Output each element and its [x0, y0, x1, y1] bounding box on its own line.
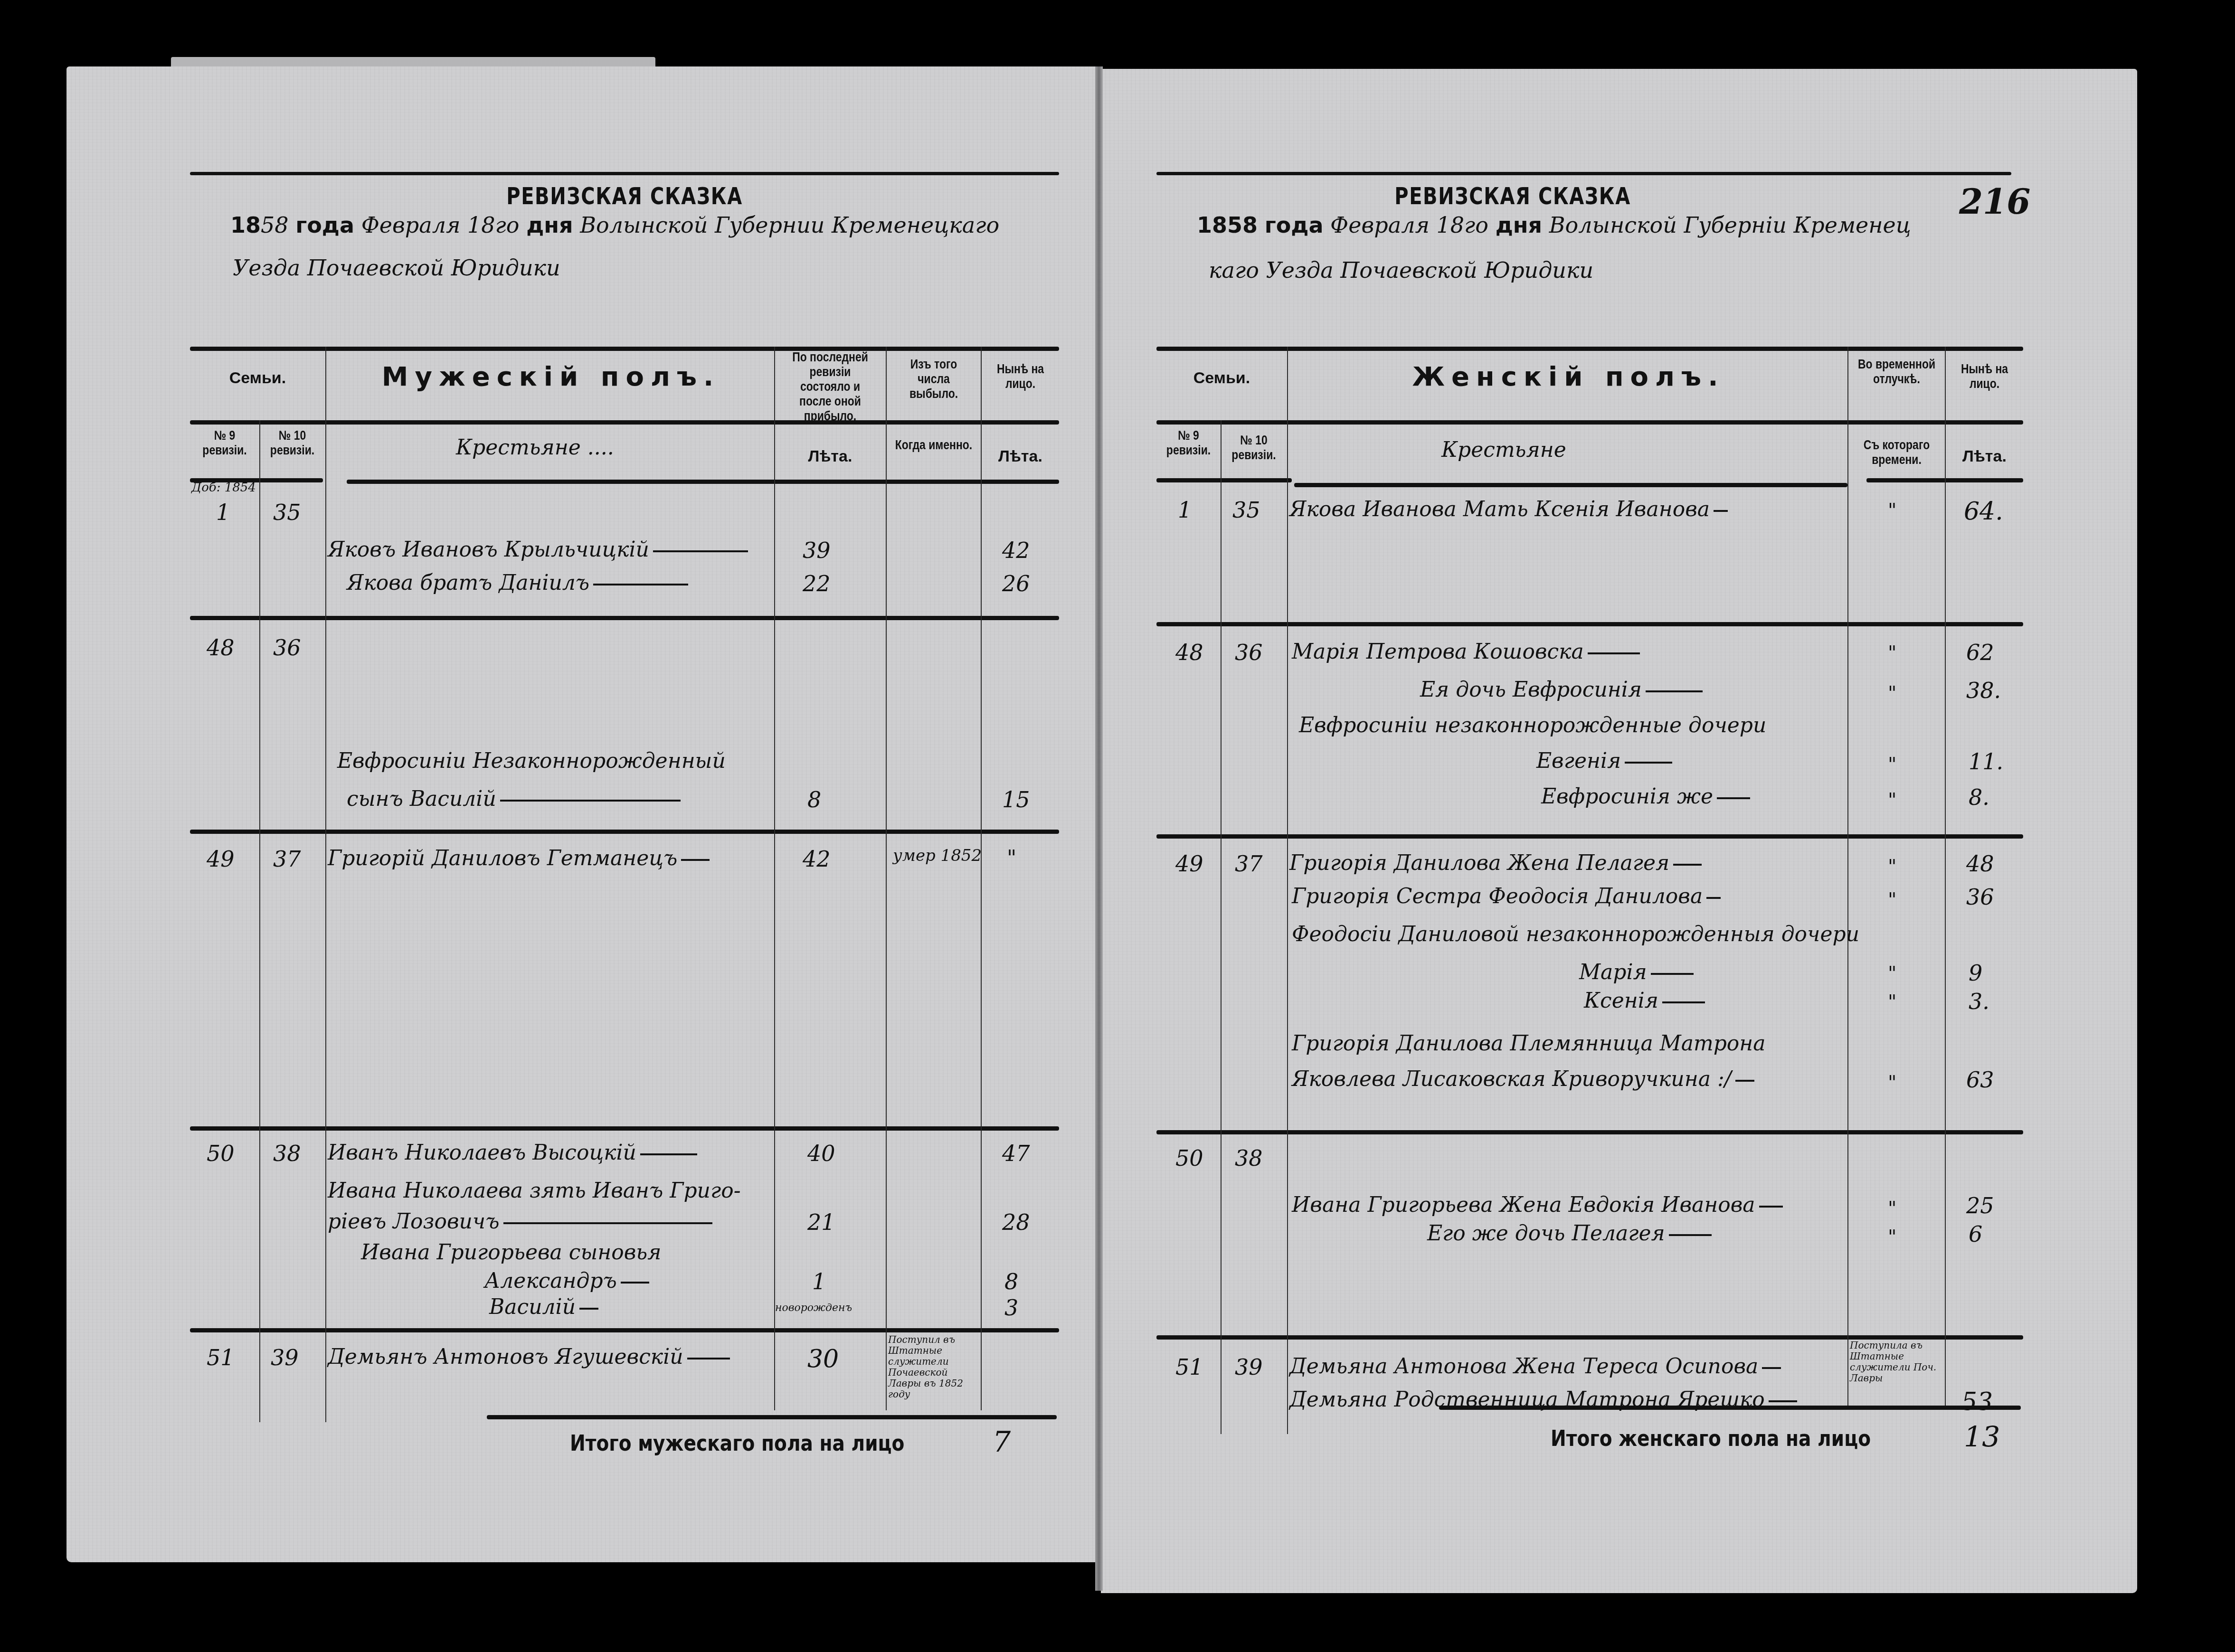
person-row: Григорія Данилова Племянница Матрона [1292, 1031, 1766, 1056]
person-row: Демьянъ Антоновъ Ягушевскій [328, 1345, 730, 1369]
ditto-mark: " [1888, 500, 1896, 521]
header-line-1: 1858 года Февраля 18го дня Волынской Губ… [230, 212, 999, 238]
age: 42 [1002, 538, 1030, 563]
family-no10: 37 [1235, 851, 1263, 877]
family-no9: 51 [1175, 1354, 1203, 1380]
age: 39 [803, 538, 831, 563]
col-departed: Изъ того числа выбыло. [894, 357, 974, 401]
person-row: Евфросиніи Незаконнорожденный [337, 749, 726, 773]
age: 21 [807, 1209, 835, 1235]
rule [1156, 478, 1292, 482]
col-divider [259, 420, 260, 1422]
col-last-rev-sub: Лѣта. [775, 447, 885, 466]
total-label: Итого мужескаго пола на лицо [570, 1430, 904, 1456]
age: 8. [1969, 784, 1989, 810]
header-line-1: 1858 года Февраля 18го дня Волынской Губ… [1197, 212, 1911, 238]
person-row: Евгенія [1536, 749, 1672, 773]
person-row: Григорія Данилова Жена Пелагея [1289, 851, 1702, 875]
col-divider [1945, 347, 1946, 1406]
family-no10: 39 [1235, 1354, 1263, 1380]
person-row: Марія Петрова Кошовска [1292, 640, 1640, 664]
age: 26 [1002, 571, 1030, 596]
col-no10: № 10 ревизіи. [1226, 433, 1282, 463]
age: 40 [807, 1141, 835, 1166]
rule [1156, 347, 2023, 351]
person-row: Василій [489, 1295, 598, 1319]
age: 53 [1961, 1388, 1993, 1416]
person-row: Ивана Григорьева сыновья [361, 1240, 661, 1265]
col-sex: Мужескій полъ. [328, 362, 774, 392]
ditto-mark: " [1888, 1072, 1896, 1094]
person-row: Демьяна Антонова Жена Тереса Осипова [1289, 1354, 1781, 1378]
person-row: Григорій Даниловъ Гетманецъ [328, 846, 710, 870]
col-departed-sub: Когда именно. [894, 438, 974, 453]
person-row: Его же дочь Пелагея [1427, 1221, 1712, 1246]
ditto-mark: " [1888, 789, 1896, 811]
header-line-2: Уезда Почаевской Юридики [233, 255, 560, 281]
family-no9: 48 [1175, 640, 1203, 665]
col-no9: № 9 ревизіи. [1161, 428, 1216, 458]
person-row: Якова Иванова Мать Ксенія Иванова [1289, 497, 1728, 521]
col-family: Семьи. [1156, 369, 1287, 387]
col-now: Нынѣ на лицо. [1951, 362, 2017, 391]
family-no10: 39 [271, 1345, 299, 1370]
page-title: РЕВИЗСКАЯ СКАЗКА [277, 182, 972, 210]
col-now-sub: Лѣта. [1946, 447, 2023, 466]
person-row: Ивана Григорьева Жена Евдокія Иванова [1292, 1193, 1783, 1217]
ditto-mark: " [1888, 1198, 1896, 1219]
age: " [1007, 846, 1016, 870]
col-divider [774, 347, 775, 1410]
person-row: Александръ [484, 1269, 649, 1293]
age: 8 [807, 787, 821, 812]
person-row: Евфросинія же [1541, 784, 1750, 809]
ditto-mark: " [1888, 889, 1896, 911]
annotation: Доб: 1854 [191, 481, 256, 495]
family-no9: 51 [207, 1345, 235, 1370]
col-no10: № 10 ревизіи. [264, 428, 320, 458]
age: 38. [1966, 678, 2001, 703]
col-absence-sub: Съ котораго времени. [1856, 438, 1938, 467]
col-family: Семьи. [190, 369, 325, 387]
person-row: Иванъ Николаевъ Высоцкій [328, 1141, 697, 1165]
rule [1156, 420, 2023, 425]
person-row: Евфросиніи незаконнорожденные дочери [1299, 713, 1766, 737]
age: 63 [1966, 1067, 1994, 1093]
rule [190, 347, 1059, 351]
page-title: РЕВИЗСКАЯ СКАЗКА [1228, 182, 1798, 210]
col-absence: Во временной отлучкѣ. [1856, 357, 1938, 387]
col-now: Нынѣ на лицо. [987, 362, 1053, 391]
ditto-mark: " [1888, 754, 1896, 775]
family-no9: 49 [1175, 851, 1203, 877]
rule [190, 420, 1059, 425]
col-divider [1287, 347, 1288, 1434]
family-no10: 38 [273, 1141, 301, 1166]
person-row: Григорія Сестра Феодосія Данилова [1292, 884, 1721, 908]
family-no9: 49 [207, 846, 235, 872]
ditto-mark: " [1888, 856, 1896, 878]
age: 15 [1002, 787, 1030, 812]
book-gutter [1095, 66, 1103, 1591]
age: 3. [1969, 989, 1989, 1014]
col-divider [981, 347, 982, 1410]
age: 11. [1969, 749, 2003, 774]
col-no9: № 9 ревизіи. [195, 428, 254, 458]
family-no10: 36 [273, 635, 301, 661]
person-row: сынъ Василій [347, 787, 681, 811]
newborn-note: новорожденъ [775, 1302, 852, 1314]
ditto-mark: " [1888, 1226, 1896, 1248]
age: 8 [1004, 1269, 1018, 1294]
total-value: 13 [1964, 1421, 2000, 1454]
rule [1294, 483, 1847, 487]
total-label: Итого женскаго пола на лицо [1551, 1425, 1871, 1451]
col-divider [886, 347, 887, 1410]
page-number: 216 [1959, 181, 2030, 222]
age: 28 [1002, 1209, 1030, 1235]
age: 22 [803, 571, 831, 596]
ditto-mark: " [1888, 642, 1896, 664]
family-no9: 1 [1178, 497, 1192, 523]
person-row: Демьяна Родственница Матрона Ярешко [1289, 1388, 1797, 1412]
family-no9: 1 [216, 500, 230, 525]
rule [1156, 1335, 2023, 1340]
rule [347, 480, 1059, 484]
col-divider [1221, 420, 1222, 1434]
col-divider [325, 347, 326, 1422]
family-no9: 50 [1175, 1145, 1203, 1171]
rule [1156, 834, 2023, 839]
ditto-mark: " [1888, 991, 1896, 1013]
departed-note: умер 1852 [893, 846, 982, 865]
person-row: ріевъ Лозовичъ [328, 1209, 712, 1234]
family-no10: 37 [273, 846, 301, 872]
rule [190, 1126, 1059, 1131]
family-no9: 48 [207, 635, 235, 661]
person-row: Марія [1579, 960, 1694, 984]
age: 6 [1969, 1221, 1982, 1247]
rule [1156, 1130, 2023, 1134]
header-line-2: каго Уезда Почаевской Юридики [1209, 257, 1593, 283]
age: 1 [812, 1269, 826, 1294]
rule [190, 1328, 1059, 1332]
rule [190, 830, 1059, 834]
ditto-mark: " [1888, 682, 1896, 704]
family-no10: 35 [1232, 497, 1260, 523]
person-row: Яковъ Ивановъ Крыльчицкій [328, 538, 748, 562]
total-value: 7 [993, 1425, 1011, 1459]
age: 64. [1964, 497, 2003, 526]
ditto-mark: " [1888, 963, 1896, 984]
top-rule [1156, 172, 2011, 175]
person-row: Якова братъ Даніилъ [347, 571, 688, 595]
rule [190, 616, 1059, 620]
age: 30 [807, 1345, 839, 1373]
age: 48 [1966, 851, 1994, 877]
age: 3 [1004, 1295, 1018, 1321]
family-no9: 50 [207, 1141, 235, 1166]
person-row: Яковлева Лисаковская Криворучкина :/ [1292, 1067, 1754, 1091]
departed-note: Поступил въ Штатные служители Почаевской… [888, 1334, 981, 1400]
col-divider [1847, 347, 1848, 1406]
age: 9 [1969, 960, 1982, 986]
col-sex: Женскій полъ. [1289, 362, 1847, 392]
col-now-sub: Лѣта. [982, 447, 1059, 466]
col-name-sub: Крестьяне [1441, 438, 1566, 462]
top-rule [190, 172, 1059, 175]
family-no10: 36 [1235, 640, 1263, 665]
col-name-sub: Крестьяне .... [456, 435, 614, 460]
person-row: Феодосіи Даниловой незаконнорожденныя до… [1292, 922, 1859, 946]
family-no10: 35 [273, 500, 301, 525]
age: 62 [1966, 640, 1994, 665]
rule [1156, 622, 2023, 626]
age: 25 [1966, 1193, 1994, 1218]
age: 42 [803, 846, 831, 872]
col-last-revision: По последней ревизіи состояло и после он… [783, 350, 877, 424]
age: 36 [1966, 884, 1994, 910]
absence-note: Поступила въ Штатные служители Поч. Лавр… [1850, 1340, 1942, 1384]
person-row: Ксенія [1584, 989, 1705, 1013]
person-row: Ея дочь Евфросинія [1420, 678, 1703, 702]
person-row: Ивана Николаева зять Иванъ Григо- [328, 1179, 741, 1203]
family-no10: 38 [1235, 1145, 1263, 1171]
rule [487, 1415, 1057, 1419]
age: 47 [1002, 1141, 1030, 1166]
